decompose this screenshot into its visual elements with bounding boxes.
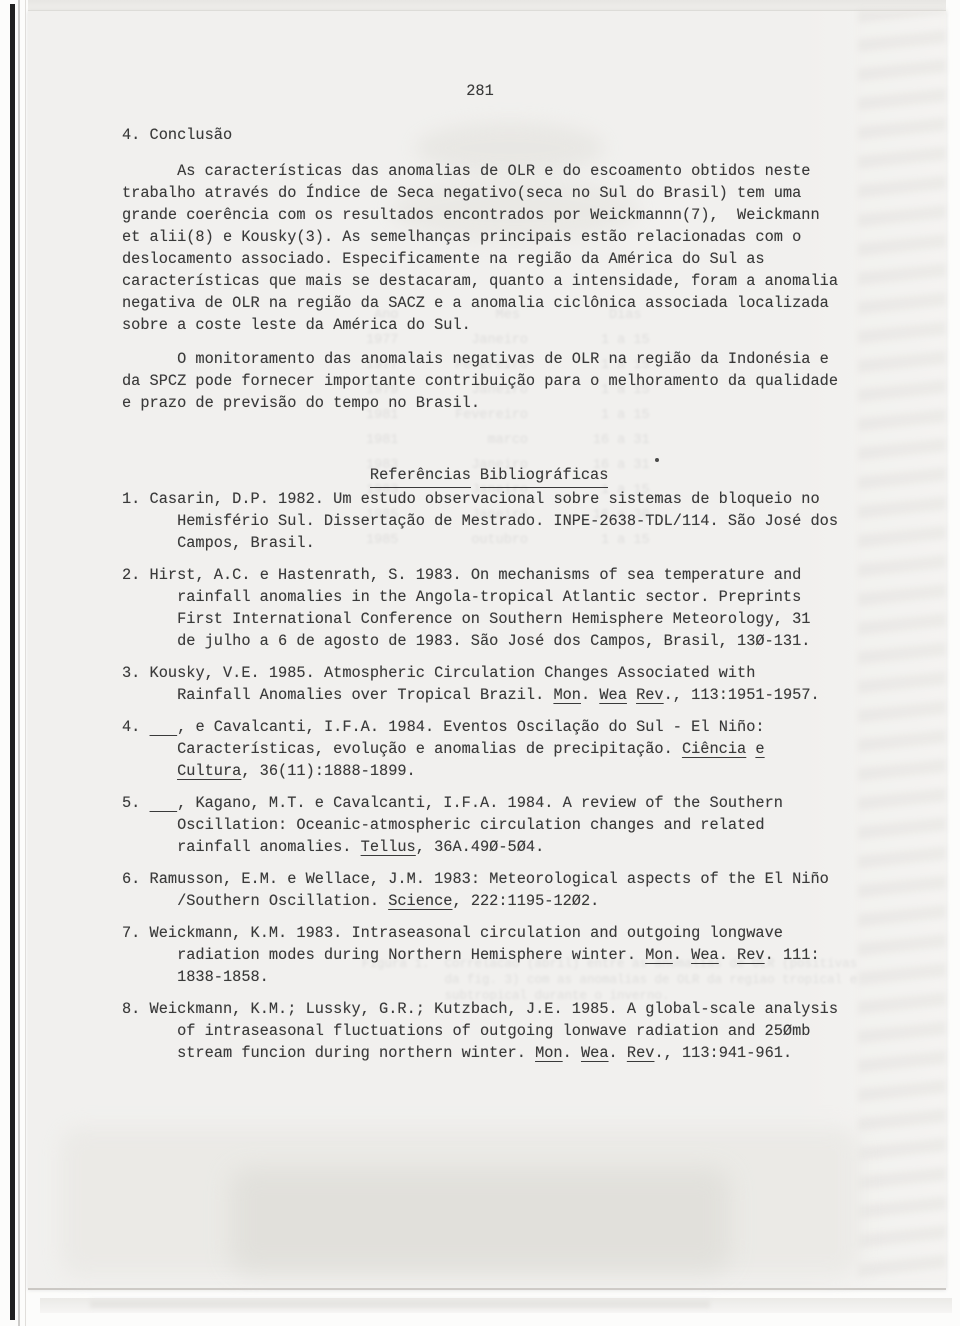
text-line: sobre a coste leste da América do Sul. [122, 314, 838, 336]
text-line: de julho a 6 de agosto de 1983. São José… [122, 630, 838, 652]
reference-number: 6. [122, 870, 150, 888]
text-line: grande coerência com os resultados encon… [122, 204, 838, 226]
text-segment: Casarin, D.P. 1982. Um estudo observacio… [150, 490, 820, 508]
scan-noise-smudge [230, 1168, 730, 1272]
underlined-text: Mon [553, 686, 581, 704]
text-line: 4. , e Cavalcanti, I.F.A. 1984. Eventos … [122, 716, 838, 738]
text-segment: , 36(11):1888-1899. [241, 762, 415, 780]
text-segment: /Southern Oscillation. [177, 892, 388, 910]
text-segment: . [609, 1044, 627, 1062]
text-segment: Rainfall Anomalies over Tropical Brazil. [177, 686, 553, 704]
text-segment: Hemisfério Sul. Dissertação de Mestrado.… [177, 512, 838, 530]
sheet-bottom-edge [28, 1288, 946, 1290]
reference-item: 7. Weickmann, K.M. 1983. Intraseasonal c… [122, 922, 838, 988]
text-line: rainfall anomalies in the Angola-tropica… [122, 586, 838, 608]
text-segment: . 111: [765, 946, 820, 964]
scan-edge-line-faint [25, 0, 26, 1326]
references-heading-word: Referências [370, 466, 471, 488]
references-heading: ReferênciasBibliográficas [0, 442, 960, 486]
text-segment: , 222:1195-12Ø2. [452, 892, 599, 910]
reference-number: 3. [122, 664, 150, 682]
reference-number: 8. [122, 1000, 150, 1018]
reference-number: 5. [122, 794, 150, 812]
text-line: 6. Ramusson, E.M. e Wellace, J.M. 1983: … [122, 868, 838, 890]
text-segment: Weickmann, K.M.; Lussky, G.R.; Kutzbach,… [150, 1000, 838, 1018]
text-segment: stream funcion during northern winter. [177, 1044, 535, 1062]
conclusion-paragraph-1: As características das anomalias de OLR … [122, 160, 838, 336]
text-segment: . [563, 1044, 581, 1062]
text-segment: Kousky, V.E. 1985. Atmospheric Circulati… [150, 664, 756, 682]
section-heading: 4. Conclusão [122, 124, 232, 146]
references-heading-word: Bibliográficas [480, 466, 609, 488]
text-segment: of intraseasonal fluctuations of outgoin… [177, 1022, 810, 1040]
text-segment: First International Conference on Southe… [177, 610, 810, 628]
text-line: 7. Weickmann, K.M. 1983. Intraseasonal c… [122, 922, 838, 944]
text-segment: 1838-1858. [177, 968, 269, 986]
underlined-text: Rev [627, 1044, 655, 1062]
page-number: 281 [0, 80, 960, 102]
text-line: e prazo de previsão do tempo no Brasil. [122, 392, 838, 414]
text-segment: . [673, 946, 691, 964]
text-line: 5. , Kagano, M.T. e Cavalcanti, I.F.A. 1… [122, 792, 838, 814]
reference-item: 8. Weickmann, K.M.; Lussky, G.R.; Kutzba… [122, 998, 838, 1064]
text-line: radiation modes during Northern Hemisphe… [122, 944, 838, 966]
underlined-text: Wea [599, 686, 627, 704]
text-segment: ., 113:941-961. [654, 1044, 792, 1062]
underlined-text [150, 718, 178, 736]
text-segment: Ramusson, E.M. e Wellace, J.M. 1983: Met… [150, 870, 829, 888]
reference-item: 4. , e Cavalcanti, I.F.A. 1984. Eventos … [122, 716, 838, 782]
reference-item: 1. Casarin, D.P. 1982. Um estudo observa… [122, 488, 838, 554]
text-line: Campos, Brasil. [122, 532, 838, 554]
text-line: First International Conference on Southe… [122, 608, 838, 630]
scan-edge-line [18, 0, 20, 1326]
underlined-text: Ciência [682, 740, 746, 758]
text-segment: radiation modes during Northern Hemisphe… [177, 946, 645, 964]
text-segment: , e Cavalcanti, I.F.A. 1984. Eventos Osc… [177, 718, 765, 736]
text-line: et alii(8) e Kousky(3). As semelhanças p… [122, 226, 838, 248]
text-line: As características das anomalias de OLR … [122, 160, 838, 182]
text-line: O monitoramento das anomalais negativas … [122, 348, 838, 370]
paper-mottling [858, 10, 946, 1280]
reference-item: 5. , Kagano, M.T. e Cavalcanti, I.F.A. 1… [122, 792, 838, 858]
text-segment: , 36A.49Ø-5Ø4. [416, 838, 545, 856]
underlined-text: Mon [645, 946, 673, 964]
text-line: 2. Hirst, A.C. e Hastenrath, S. 1983. On… [122, 564, 838, 586]
text-line: Características, evolução e anomalias de… [122, 738, 838, 760]
text-line: características que mais se destacaram, … [122, 270, 838, 292]
scan-top-edge [28, 0, 946, 10]
underlined-text: Wea [581, 1044, 609, 1062]
binding-gutter-line [10, 4, 15, 1320]
text-segment: . [581, 686, 599, 704]
text-line: stream funcion during northern winter. M… [122, 1042, 838, 1064]
text-line: of intraseasonal fluctuations of outgoin… [122, 1020, 838, 1042]
text-line: Hemisfério Sul. Dissertação de Mestrado.… [122, 510, 838, 532]
text-line: 3. Kousky, V.E. 1985. Atmospheric Circul… [122, 662, 838, 684]
text-segment: rainfall anomalies in the Angola-tropica… [177, 588, 801, 606]
text-line: deslocamento associado. Especificamente … [122, 248, 838, 270]
reference-item: 6. Ramusson, E.M. e Wellace, J.M. 1983: … [122, 868, 838, 912]
text-line: /Southern Oscillation. Science, 222:1195… [122, 890, 838, 912]
text-line: negativa de OLR na região da SACZ e a an… [122, 292, 838, 314]
reference-number: 4. [122, 718, 150, 736]
text-segment: Características, evolução e anomalias de… [177, 740, 682, 758]
reference-number: 1. [122, 490, 150, 508]
references-list: 1. Casarin, D.P. 1982. Um estudo observa… [122, 488, 838, 1074]
ink-dot-artifact [655, 458, 659, 462]
text-segment: ., 113:1951-1957. [664, 686, 820, 704]
text-line: 8. Weickmann, K.M.; Lussky, G.R.; Kutzba… [122, 998, 838, 1020]
reference-number: 2. [122, 566, 150, 584]
underlined-text: Wea [691, 946, 719, 964]
text-line: Cultura, 36(11):1888-1899. [122, 760, 838, 782]
text-line: 1. Casarin, D.P. 1982. Um estudo observa… [122, 488, 838, 510]
text-segment: Campos, Brasil. [177, 534, 315, 552]
text-line: 1838-1858. [122, 966, 838, 988]
text-segment: Hirst, A.C. e Hastenrath, S. 1983. On me… [150, 566, 802, 584]
scanned-page: { "colors": {"paper": "#f1f0ee", "ink": … [0, 0, 960, 1326]
text-segment: , Kagano, M.T. e Cavalcanti, I.F.A. 1984… [177, 794, 783, 812]
underlined-text: Mon [535, 1044, 563, 1062]
underlined-text [150, 794, 178, 812]
reference-number: 7. [122, 924, 150, 942]
text-line: Oscillation: Oceanic-atmospheric circula… [122, 814, 838, 836]
text-segment: Oscillation: Oceanic-atmospheric circula… [177, 816, 765, 834]
underlined-text: Tellus [361, 838, 416, 856]
text-segment: . [719, 946, 737, 964]
text-line: da SPCZ pode fornecer importante contrib… [122, 370, 838, 392]
reference-item: 2. Hirst, A.C. e Hastenrath, S. 1983. On… [122, 564, 838, 652]
underlined-text: Cultura [177, 762, 241, 780]
underlined-text: e [755, 740, 764, 758]
text-segment: rainfall anomalies. [177, 838, 361, 856]
text-line: rainfall anomalies. Tellus, 36A.49Ø-5Ø4. [122, 836, 838, 858]
underlined-text: Rev [737, 946, 765, 964]
underlined-text: Rev [636, 686, 664, 704]
text-segment: de julho a 6 de agosto de 1983. São José… [177, 632, 810, 650]
conclusion-paragraph-2: O monitoramento das anomalais negativas … [122, 348, 838, 414]
scan-bottom-smudge [90, 1300, 710, 1308]
text-line: Rainfall Anomalies over Tropical Brazil.… [122, 684, 838, 706]
reference-item: 3. Kousky, V.E. 1985. Atmospheric Circul… [122, 662, 838, 706]
text-segment: Weickmann, K.M. 1983. Intraseasonal circ… [150, 924, 783, 942]
underlined-text: Science [388, 892, 452, 910]
text-segment [627, 686, 636, 704]
text-line: trabalho através do Índice de Seca negat… [122, 182, 838, 204]
